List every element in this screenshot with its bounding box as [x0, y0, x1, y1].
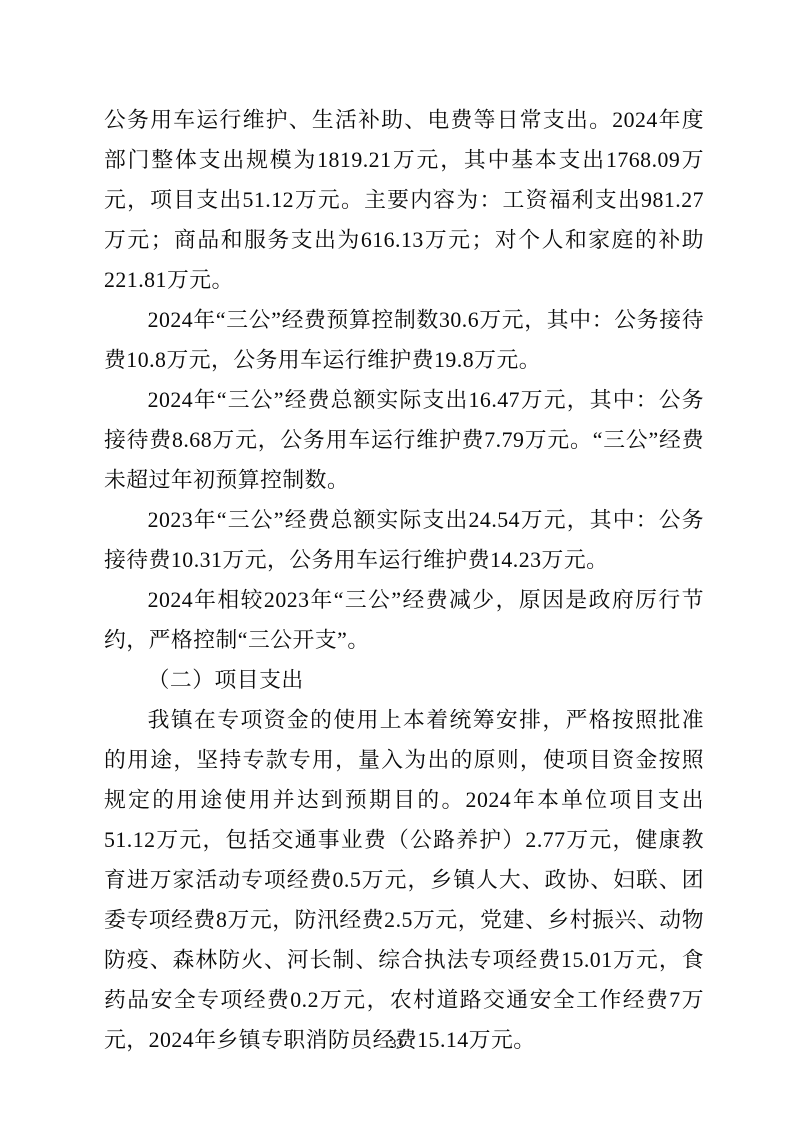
- page-number: 33: [0, 1036, 793, 1054]
- document-body: 公务用车运行维护、生活补助、电费等日常支出。2024年度部门整体支出规模为181…: [104, 100, 704, 1060]
- document-page: 公务用车运行维护、生活补助、电费等日常支出。2024年度部门整体支出规模为181…: [0, 0, 793, 1122]
- paragraph-project-expenditure-detail: 我镇在专项资金的使用上本着统筹安排，严格按照批准的用途，坚持专款专用，量入为出的…: [104, 700, 704, 1060]
- paragraph-2024-sangong-budget-control: 2024年“三公”经费预算控制数30.6万元，其中：公务接待费10.8万元，公务…: [104, 300, 704, 380]
- paragraph-2024-sangong-actual-expense: 2024年“三公”经费总额实际支出16.47万元，其中：公务接待费8.68万元，…: [104, 380, 704, 500]
- section-heading-project-expenditure: （二）项目支出: [104, 660, 704, 700]
- paragraph-sangong-year-comparison: 2024年相较2023年“三公”经费减少，原因是政府厉行节约，严格控制“三公开支…: [104, 580, 704, 660]
- paragraph-overall-expenditure: 公务用车运行维护、生活补助、电费等日常支出。2024年度部门整体支出规模为181…: [104, 100, 704, 300]
- paragraph-2023-sangong-actual-expense: 2023年“三公”经费总额实际支出24.54万元，其中：公务接待费10.31万元…: [104, 500, 704, 580]
